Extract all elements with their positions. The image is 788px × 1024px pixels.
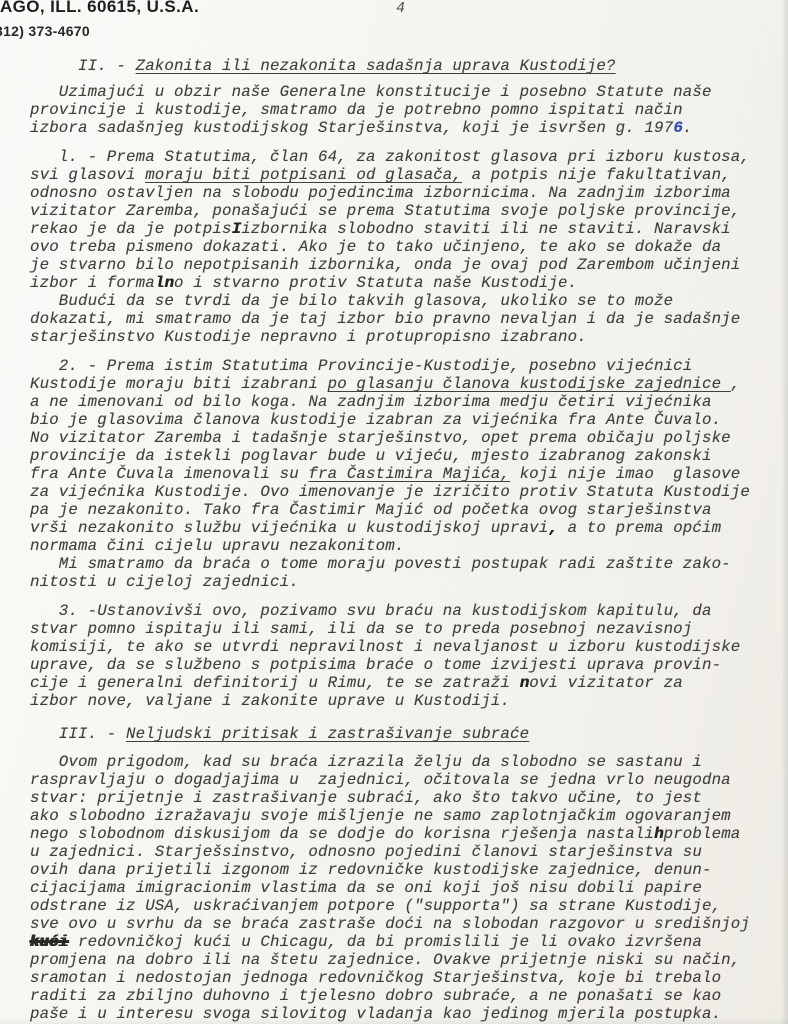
text-segment: normama čini cijelu upravu nezakonitom. bbox=[30, 537, 404, 555]
scanned-document-page: AGO, ILL. 60615, U.S.A. 312) 373-4670 4 … bbox=[0, 0, 788, 1024]
page-number: 4 bbox=[396, 0, 405, 17]
text-segment: a potpis nije fakultativan, bbox=[462, 166, 731, 184]
text-line: provincije da istekli poglavar bude u vi… bbox=[30, 447, 782, 465]
text-line: ako slobodno izražavaju svoje mišljenje … bbox=[30, 807, 782, 825]
text-line: 2. - Prema istim Statutima Provincije-Ku… bbox=[30, 357, 782, 375]
text-line: starješinstvo Kustodije nepravno i protu… bbox=[30, 328, 782, 346]
text-segment: raditi za zbiljno duhovno i tjelesno dob… bbox=[30, 987, 721, 1005]
overtyped-text: , bbox=[548, 519, 558, 537]
text-segment: odnosno ostavljen na slobodu pojedincima… bbox=[30, 184, 731, 202]
text-line: raspravljaju o dogadjajima u zajednici, … bbox=[30, 771, 782, 789]
text-line: uprave, da se službeno s potpisima braće… bbox=[30, 656, 782, 674]
text-line: kući redovničkoj kući u Chicagu, da bi p… bbox=[30, 933, 782, 951]
text-segment: cijacijama imigracionim vlastima da se o… bbox=[30, 879, 702, 897]
text-line: izbora sadašnjeg kustodijskog Starješins… bbox=[30, 119, 782, 137]
text-line: ovo treba pismeno dokazati. Ako je to ta… bbox=[30, 238, 782, 256]
text-segment: provincije da istekli poglavar bude u vi… bbox=[30, 447, 712, 465]
underlined-text: moraju biti potpisani od glasača, bbox=[145, 166, 462, 184]
text-line: Budući da se tvrdi da je bilo takvih gla… bbox=[30, 292, 782, 310]
text-segment: Uzimajući u obzir naše Generalne konstit… bbox=[30, 83, 712, 101]
text-segment: vizitator Zaremba, ponašajući se prema S… bbox=[30, 202, 740, 220]
text-line: ovih dana prijetili izgonom iz redovničk… bbox=[30, 861, 782, 879]
text-segment: stvar: prijetnje i zastrašivanje subraći… bbox=[30, 789, 702, 807]
letterhead-phone: 312) 373-4670 bbox=[0, 23, 90, 39]
text-line: vrši nezakonito službu vijećnika u kusto… bbox=[30, 519, 782, 537]
struck-out-text: kući bbox=[30, 933, 68, 951]
text-line: za vijećnika Kustodije. Ovo imenovanje j… bbox=[30, 483, 782, 501]
text-segment: No vizitator Zaremba i tadašnje starješi… bbox=[30, 429, 731, 447]
underlined-text: Neljudski pritisak i zastrašivanje subra… bbox=[126, 725, 529, 743]
text-line: paše i u interesu svoga silovitog vladan… bbox=[30, 1005, 782, 1023]
text-segment: vrši nezakonito službu vijećnika u kusto… bbox=[30, 519, 548, 537]
text-segment: ako slobodno izražavaju svoje mišljenje … bbox=[30, 807, 731, 825]
text-segment: bio je glasovima članova kustodije izabr… bbox=[30, 411, 721, 429]
text-segment: izbor nove, valjane i zakonite uprave u … bbox=[30, 692, 510, 710]
text-segment: uprave, da se službeno s potpisima braće… bbox=[30, 656, 721, 674]
text-segment: a to prema općim bbox=[558, 519, 721, 537]
text-segment: ovih dana prijetili izgonom iz redovničk… bbox=[30, 861, 712, 879]
text-segment: Kustodije moraju biti izabrani bbox=[30, 375, 328, 393]
text-line: nitosti u cijeloj zajednici. bbox=[30, 573, 782, 591]
text-line: vizitator Zaremba, ponašajući se prema S… bbox=[30, 202, 782, 220]
text-line: bio je glasovima članova kustodije izabr… bbox=[30, 411, 782, 429]
text-line: izbor nove, valjane i zakonite uprave u … bbox=[30, 692, 782, 710]
text-segment: odstrane iz USA, uskraćivanjem potpore (… bbox=[30, 897, 721, 915]
text-line: stvar: prijetnje i zastrašivanje subraći… bbox=[30, 789, 782, 807]
text-line: nego slobodnom diskusijom da se dodje do… bbox=[30, 825, 782, 843]
text-segment: 3. -Ustanovivši ovo, pozivamo svu braću … bbox=[30, 602, 712, 620]
text-line: a ne imenovani od bilo koga. Na zadnjim … bbox=[30, 393, 782, 411]
text-line: Kustodije moraju biti izabrani po glasan… bbox=[30, 375, 782, 393]
text-segment: paše i u interesu svoga silovitog vladan… bbox=[30, 1005, 721, 1023]
text-line: dokazati, mi smatramo da je taj izbor bi… bbox=[30, 310, 782, 328]
overtyped-text: ln bbox=[155, 274, 174, 292]
section-heading: II. - Zakonita ili nezakonita sadašnja u… bbox=[30, 57, 782, 75]
text-segment: izbora sadašnjeg kustodijskog Starješins… bbox=[30, 119, 673, 137]
overtyped-text: n bbox=[520, 674, 530, 692]
paragraph: 3. -Ustanovivši ovo, pozivamo svu braću … bbox=[30, 602, 782, 710]
text-segment: ovi vizitator za bbox=[529, 674, 683, 692]
text-segment: izbornika slobodno staviti ili ne stavit… bbox=[241, 220, 731, 238]
text-segment: sramotan i nedostojan jednoga redovničko… bbox=[30, 969, 721, 987]
paragraph: Uzimajući u obzir naše Generalne konstit… bbox=[30, 83, 782, 137]
text-segment: stvar pomno ispitaju ili sami, ili da se… bbox=[30, 620, 692, 638]
text-segment: koji nije imao glasove bbox=[510, 465, 740, 483]
text-segment: Mi smatramo da braća o tome moraju poves… bbox=[30, 555, 731, 573]
text-segment: o i stvarno protiv Statuta naše Kustodij… bbox=[174, 274, 577, 292]
text-segment: raspravljaju o dogadjajima u zajednici, … bbox=[30, 771, 731, 789]
text-segment: provincije i kustodije, smatramo da je p… bbox=[30, 101, 683, 119]
text-line: l. - Prema Statutima, član 64, za zakoni… bbox=[30, 148, 782, 166]
text-line: No vizitator Zaremba i tadašnje starješi… bbox=[30, 429, 782, 447]
text-segment: l. - Prema Statutima, član 64, za zakoni… bbox=[30, 148, 750, 166]
text-segment: starješinstvo Kustodije nepravno i protu… bbox=[30, 328, 587, 346]
text-line: komisiji, te ako se utvrdi nepravilnost … bbox=[30, 638, 782, 656]
section-heading: III. - Neljudski pritisak i zastrašivanj… bbox=[30, 725, 782, 743]
text-segment: je stvarno bilo nepotpisanih izbornika, … bbox=[30, 256, 740, 274]
underlined-text: fra Častimira Majića, bbox=[308, 465, 510, 483]
text-line: 3. -Ustanovivši ovo, pozivamo svu braću … bbox=[30, 602, 782, 620]
text-line: III. - Neljudski pritisak i zastrašivanj… bbox=[30, 725, 782, 743]
text-segment: fra Ante Čuvala imenovali su bbox=[30, 465, 308, 483]
text-segment: rekao je da je potpis bbox=[30, 220, 232, 238]
overtyped-text: h bbox=[654, 825, 664, 843]
text-line: izbor i formalno i stvarno protiv Statut… bbox=[30, 274, 782, 292]
text-segment: II. - bbox=[30, 57, 136, 75]
text-segment: u zajednici. Starješsinstvo, odnosno poj… bbox=[30, 843, 702, 861]
text-line: raditi za zbiljno duhovno i tjelesno dob… bbox=[30, 987, 782, 1005]
paragraph: l. - Prema Statutima, član 64, za zakoni… bbox=[30, 148, 782, 346]
text-segment: cije i generalni definitorij u Rimu, te … bbox=[30, 674, 520, 692]
paragraph: 2. - Prema istim Statutima Provincije-Ku… bbox=[30, 357, 782, 591]
text-line: odstrane iz USA, uskraćivanjem potpore (… bbox=[30, 897, 782, 915]
text-segment: promjena na dobro ili na štetu zajednice… bbox=[30, 951, 740, 969]
text-line: u zajednici. Starješsinstvo, odnosno poj… bbox=[30, 843, 782, 861]
text-line: je stvarno bilo nepotpisanih izbornika, … bbox=[30, 256, 782, 274]
paragraph: Ovom prigodom, kad su braća izrazila žel… bbox=[30, 753, 782, 1023]
underlined-text: Zakonita ili nezakonita sadašnja uprava … bbox=[136, 57, 616, 75]
text-segment: Ovom prigodom, kad su braća izrazila žel… bbox=[30, 753, 702, 771]
letterhead-address: AGO, ILL. 60615, U.S.A. bbox=[0, 0, 199, 17]
text-line: provincije i kustodije, smatramo da je p… bbox=[30, 101, 782, 119]
text-segment: sve ovo u svrhu da se braća zastraše doć… bbox=[30, 915, 750, 933]
text-segment: , bbox=[731, 375, 741, 393]
text-segment: a ne imenovani od bilo koga. Na zadnjim … bbox=[30, 393, 712, 411]
text-segment: III. - bbox=[30, 725, 126, 743]
text-segment: komisiji, te ako se utvrdi nepravilnost … bbox=[30, 638, 740, 656]
text-segment: 2. - Prema istim Statutima Provincije-Ku… bbox=[30, 357, 692, 375]
text-line: cijacijama imigracionim vlastima da se o… bbox=[30, 879, 782, 897]
text-line: Ovom prigodom, kad su braća izrazila žel… bbox=[30, 753, 782, 771]
underlined-text: po glasanju članova kustodijske zajednic… bbox=[328, 375, 731, 393]
text-line: fra Ante Čuvala imenovali su fra Častimi… bbox=[30, 465, 782, 483]
text-line: svi glasovi moraju biti potpisani od gla… bbox=[30, 166, 782, 184]
text-line: pa je nezakonito. Tako fra Častimir Maji… bbox=[30, 501, 782, 519]
handwritten-blue-digit: 6 bbox=[673, 119, 683, 137]
text-segment: . bbox=[683, 119, 693, 137]
text-segment: svi glasovi bbox=[30, 166, 145, 184]
text-segment: za vijećnika Kustodije. Ovo imenovanje j… bbox=[30, 483, 750, 501]
text-line: odnosno ostavljen na slobodu pojedincima… bbox=[30, 184, 782, 202]
text-segment: dokazati, mi smatramo da je taj izbor bi… bbox=[30, 310, 740, 328]
text-line: promjena na dobro ili na štetu zajednice… bbox=[30, 951, 782, 969]
text-segment: Budući da se tvrdi da je bilo takvih gla… bbox=[30, 292, 673, 310]
overtyped-text: I bbox=[232, 220, 242, 238]
text-segment: izbor i forma bbox=[30, 274, 155, 292]
text-line: normama čini cijelu upravu nezakonitom. bbox=[30, 537, 782, 555]
text-line: II. - Zakonita ili nezakonita sadašnja u… bbox=[30, 57, 782, 75]
text-segment: ovo treba pismeno dokazati. Ako je to ta… bbox=[30, 238, 721, 256]
text-line: Uzimajući u obzir naše Generalne konstit… bbox=[30, 83, 782, 101]
text-segment: redovničkoj kući u Chicagu, da bi promis… bbox=[68, 933, 702, 951]
text-line: rekao je da je potpisIizbornika slobodno… bbox=[30, 220, 782, 238]
text-line: sramotan i nedostojan jednoga redovničko… bbox=[30, 969, 782, 987]
text-line: Mi smatramo da braća o tome moraju poves… bbox=[30, 555, 782, 573]
text-segment: nitosti u cijeloj zajednici. bbox=[30, 573, 299, 591]
text-line: sve ovo u svrhu da se braća zastraše doć… bbox=[30, 915, 782, 933]
document-body: II. - Zakonita ili nezakonita sadašnja u… bbox=[30, 57, 782, 1023]
text-segment: pa je nezakonito. Tako fra Častimir Maji… bbox=[30, 501, 712, 519]
text-line: stvar pomno ispitaju ili sami, ili da se… bbox=[30, 620, 782, 638]
text-line: cije i generalni definitorij u Rimu, te … bbox=[30, 674, 782, 692]
text-segment: nego slobodnom diskusijom da se dodje do… bbox=[30, 825, 654, 843]
text-segment: problema bbox=[664, 825, 741, 843]
